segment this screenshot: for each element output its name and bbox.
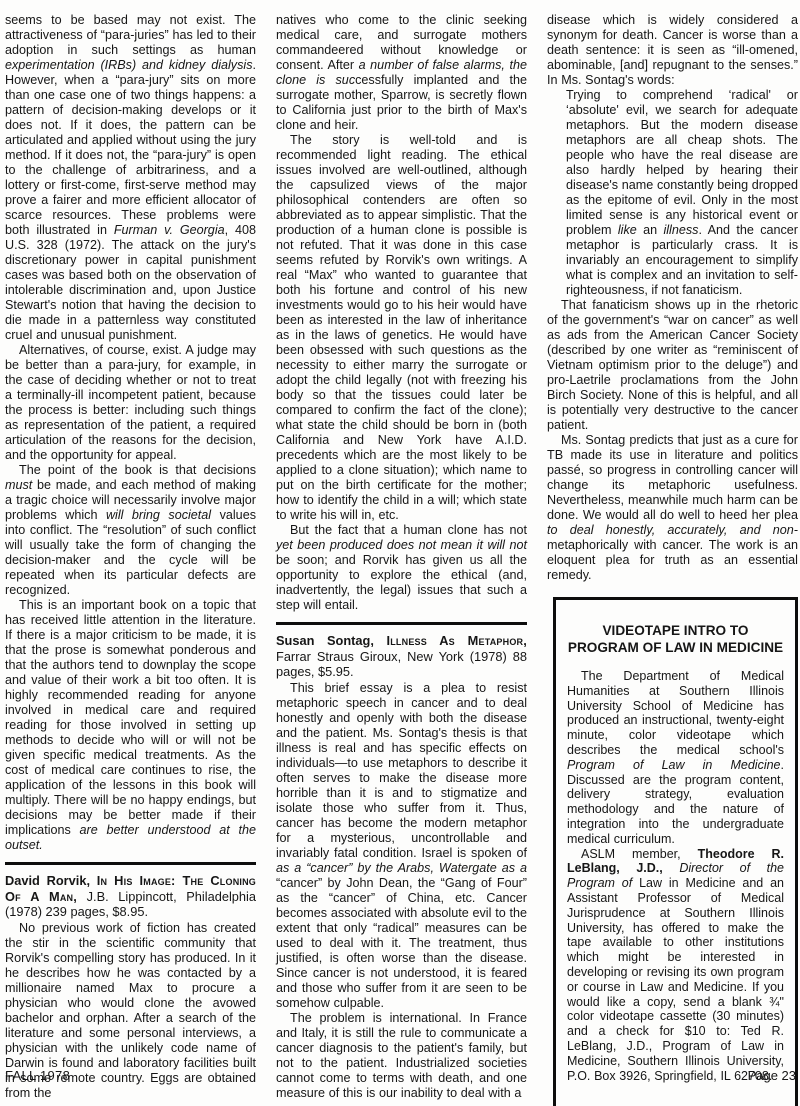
paragraph: That fanaticism shows up in the rhetoric… [547,298,798,433]
text-run: Furman v. Georgia [114,223,225,237]
announcement-box-title: VIDEOTAPE INTRO TO PROGRAM OF LAW IN MED… [567,622,784,656]
text-run: The point of the book is that decisions [19,463,256,477]
block-quote: Trying to comprehend ‘radical' or ‘absol… [566,88,798,298]
text-run: The Department of Medical Humanities at … [567,669,784,757]
paragraph: seems to be based may not exist. The att… [5,13,256,343]
text-run: yet been produced does not mean it will … [276,538,527,552]
text-run: illness [663,223,698,237]
text-run: , 408 U.S. 328 (1972). The attack on the… [5,223,256,342]
paragraph: This brief essay is a plea to resist met… [276,681,527,1011]
text-run: Ms. Sontag predicts that just as a cure … [547,433,798,522]
text-run: David Rorvik, [5,873,97,888]
text-run: will bring societal [106,508,211,522]
text-run: Law in Medicine and an Assistant Profess… [567,876,784,1082]
text-run: “cancer” by John Dean, the “Gang of Four… [276,876,527,1010]
text-run: The story is well-told and is recommende… [276,133,527,522]
text-column: disease which is widely considered a syn… [547,13,798,1106]
text-run: to deal honestly, accurately, and non- [547,523,798,537]
section-rule [276,622,527,625]
footer-issue-label: FALL 1978 [5,1068,70,1083]
text-run: Program of Law in Medicine [567,758,781,772]
announcement-box: VIDEOTAPE INTRO TO PROGRAM OF LAW IN MED… [553,597,798,1106]
column-layout: seems to be based may not exist. The att… [0,0,800,1106]
text-run: Trying to comprehend ‘radical' or ‘absol… [566,88,798,237]
journal-page: seems to be based may not exist. The att… [0,0,800,1106]
text-run: Illness As Metaphor, [386,633,527,648]
text-run: must [5,478,32,492]
paragraph: disease which is widely considered a syn… [547,13,798,88]
text-run: That fanaticism shows up in the rhetoric… [547,298,798,432]
text-run: ASLM member, [581,847,698,861]
paragraph: This is an important book on a topic tha… [5,598,256,853]
paragraph: But the fact that a human clone has not … [276,523,527,613]
text-run: an [637,223,664,237]
page-footer: FALL 1978 Page 23 [5,1068,796,1083]
text-run: But the fact that a human clone has not [290,523,527,537]
paragraph: Ms. Sontag predicts that just as a cure … [547,433,798,583]
paragraph: The story is well-told and is recommende… [276,133,527,523]
text-run: . However, when a “para-jury” sits on mo… [5,58,256,237]
paragraph: Alternatives, of course, exist. A judge … [5,343,256,463]
text-run: This brief essay is a plea to resist met… [276,681,527,860]
text-run: Farrar Straus Giroux, New York (1978) 88… [276,649,527,680]
text-column: seems to be based may not exist. The att… [5,13,256,1106]
text-run: as a “cancer” by the Arabs, Watergate as… [276,861,527,875]
paragraph: ASLM member, Theodore R. LeBlang, J.D., … [567,847,784,1084]
paragraph: The problem is international. In France … [276,1011,527,1101]
text-run: disease which is widely considered a syn… [547,13,798,87]
text-column: natives who come to the clinic seeking m… [276,13,527,1106]
text-run: be soon; and Rorvik has given us all the… [276,553,527,612]
text-run: Alternatives, of course, exist. A judge … [5,343,256,462]
text-run: The problem is international. In France … [276,1011,527,1100]
paragraph: natives who come to the clinic seeking m… [276,13,527,133]
text-run: metaphorically with cancer. The work is … [547,538,798,582]
text-run: Susan Sontag, [276,633,386,648]
text-run: experimentation (IRBs) and kidney dialys… [5,58,253,72]
section-rule [5,862,256,865]
review-citation-heading: David Rorvik, In His Image: The Cloning … [5,873,256,920]
text-run: This is an important book on a topic tha… [5,598,256,837]
text-run: seems to be based may not exist. The att… [5,13,256,57]
text-run [663,861,680,875]
footer-page-number: Page 23 [748,1068,796,1083]
review-citation-heading: Susan Sontag, Illness As Metaphor, Farra… [276,633,527,680]
text-run: like [618,223,637,237]
paragraph: The Department of Medical Humanities at … [567,669,784,847]
paragraph: The point of the book is that decisions … [5,463,256,598]
